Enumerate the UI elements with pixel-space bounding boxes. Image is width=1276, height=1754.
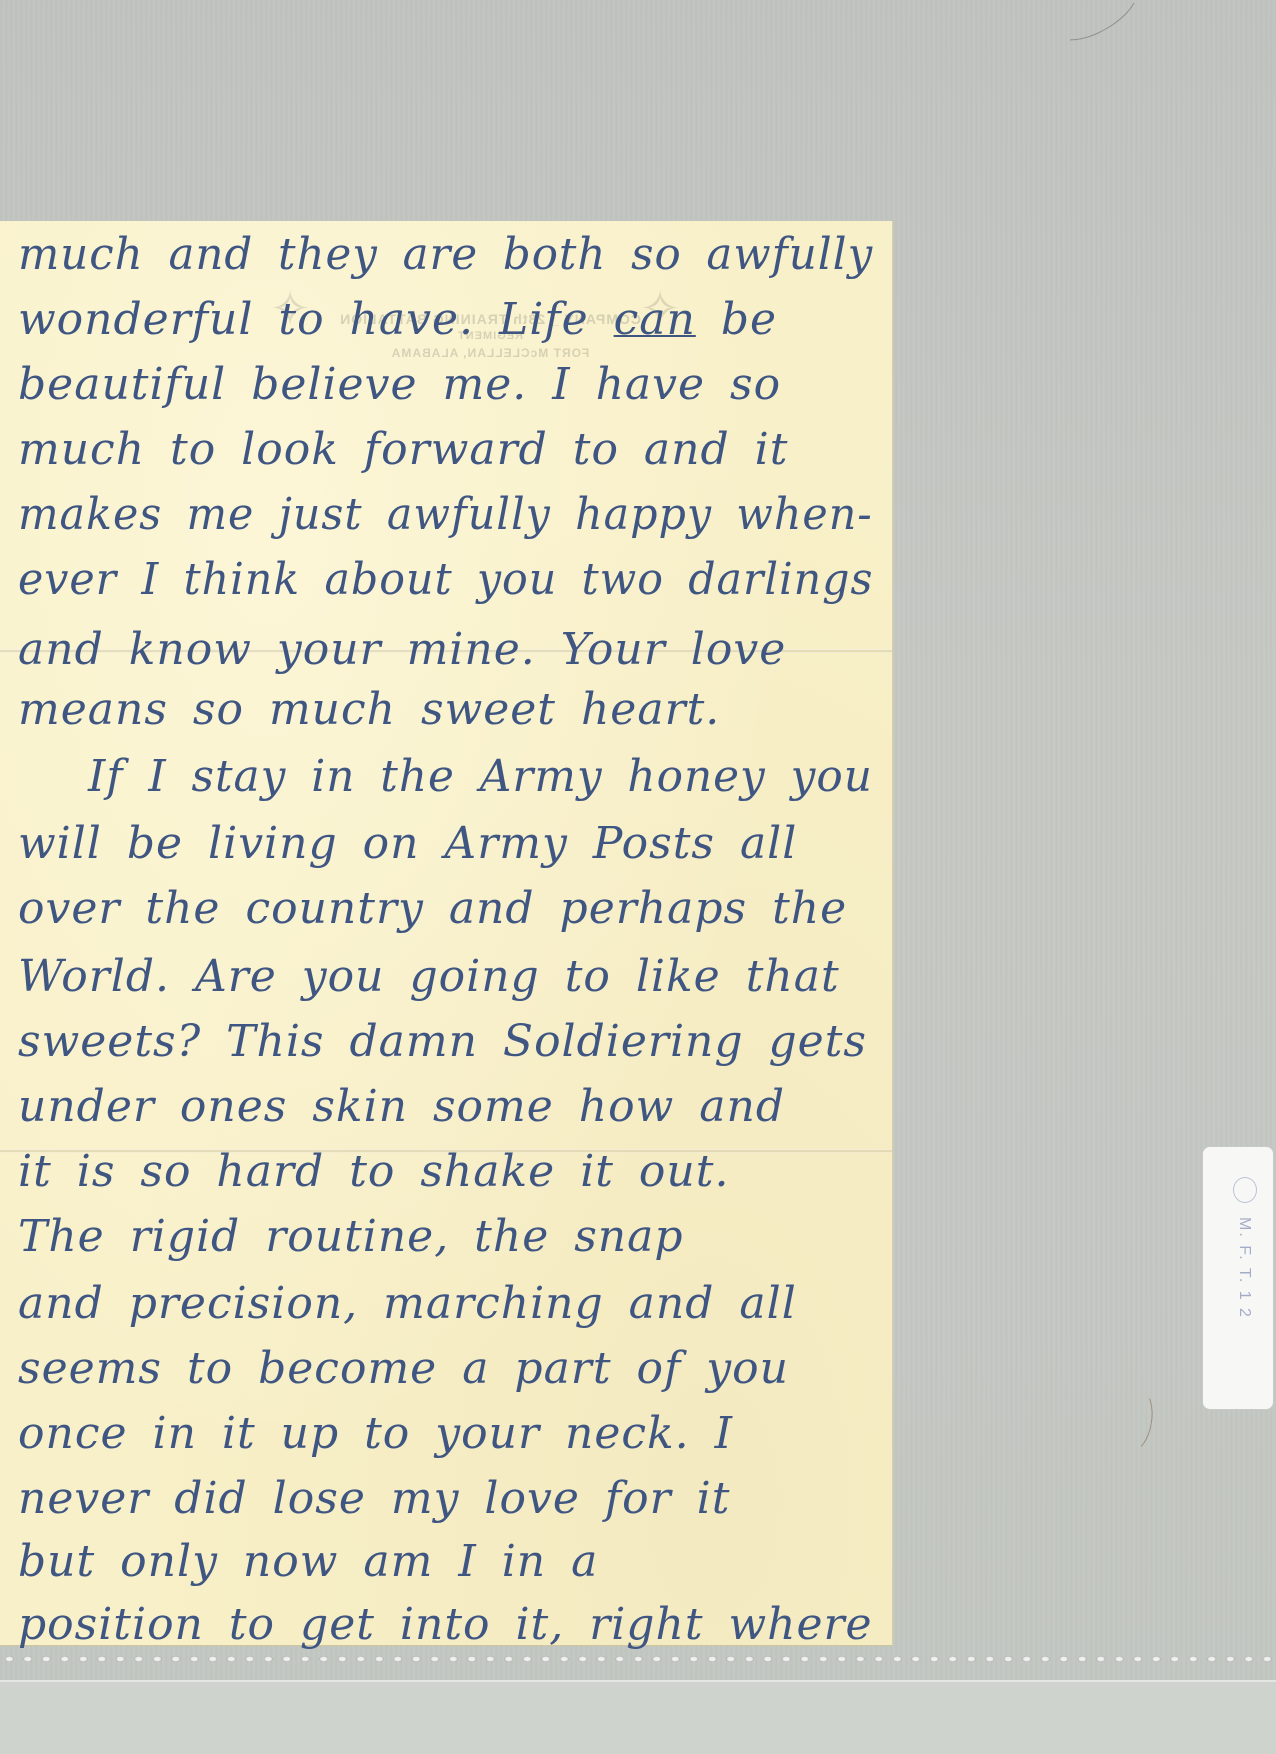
sleeve-scratch [1115, 1388, 1157, 1455]
text-line: over the country and perhaps the [18, 883, 847, 934]
sleeve-bottom-strip [0, 1682, 1276, 1754]
text-line: much to look forward to and it [18, 424, 788, 475]
archive-label-text: M. F. T. 1 2 [1235, 1217, 1253, 1319]
text-line-indented: If I stay in the Army honey you [88, 751, 873, 802]
text-line: means so much sweet heart. [18, 684, 720, 735]
text-line: it is so hard to shake it out. [18, 1146, 729, 1197]
text-line: beautiful believe me. I have so [18, 359, 781, 410]
text-line: but only now am I in a [18, 1536, 598, 1587]
text-line: ever I think about you two darlings [18, 554, 873, 605]
text-line: once in it up to your neck. I [18, 1408, 733, 1459]
text-line: makes me just awfully happy when- [18, 489, 873, 540]
sleeve-perforation [0, 1652, 1276, 1666]
text-line: wonderful to have. Life can be [18, 294, 777, 345]
text-span: be [696, 294, 777, 345]
underlined-word: can [614, 294, 696, 345]
letter-page: ✧ ✧ COMPANY _ 28th TRAINING BATTALION RE… [0, 221, 892, 1645]
text-line: World. Are you going to like that [18, 951, 840, 1002]
text-line: sweets? This damn Soldiering gets [18, 1016, 867, 1067]
text-line: The rigid routine, the snap [18, 1211, 684, 1262]
text-line: and precision, marching and all [18, 1278, 797, 1329]
text-line: will be living on Army Posts all [18, 818, 797, 869]
sleeve-scratch [1046, 0, 1147, 52]
text-span: wonderful to have. Life [18, 294, 614, 345]
text-line: position to get into it, right where [18, 1599, 873, 1650]
circle-mark-icon [1233, 1177, 1257, 1203]
text-line: under ones skin some how and [18, 1081, 785, 1132]
text-line: and know your mine. Your love [18, 624, 786, 675]
archive-label: M. F. T. 1 2 [1203, 1147, 1273, 1409]
text-line: seems to become a part of you [18, 1343, 789, 1394]
text-line: never did lose my love for it [18, 1473, 730, 1524]
text-line: much and they are both so awfully [18, 229, 873, 280]
